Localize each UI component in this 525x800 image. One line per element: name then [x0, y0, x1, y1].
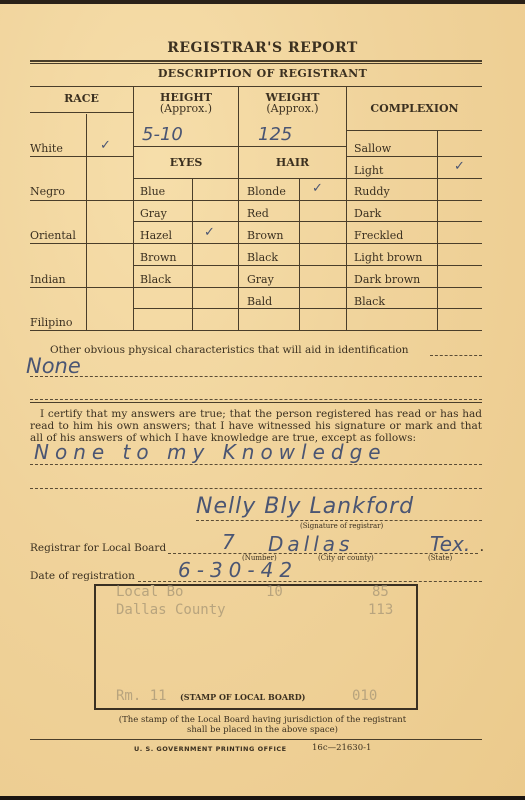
divider	[30, 287, 133, 288]
eyes-checkbox-brown[interactable]	[194, 247, 238, 263]
divider	[346, 87, 347, 330]
section-subtitle: DESCRIPTION OF REGISTRANT	[0, 67, 525, 80]
document-title: REGISTRAR'S REPORT	[0, 40, 525, 56]
complexion-checkbox-freckled[interactable]	[439, 226, 481, 242]
date-value[interactable]: 6-30-42	[178, 558, 298, 582]
stamp-line2-right: 113	[368, 602, 393, 618]
divider	[30, 156, 133, 157]
divider	[134, 146, 346, 147]
complexion-header: COMPLEXION	[347, 103, 482, 115]
divider	[347, 308, 482, 309]
stamp-note: (The stamp of the Local Board having jur…	[0, 715, 525, 735]
race-option-indian: Indian	[30, 273, 66, 286]
complexion-checkbox-ruddy[interactable]	[439, 182, 481, 198]
stamp-note-line1: (The stamp of the Local Board having jur…	[0, 715, 525, 725]
weight-subheader: (Approx.)	[239, 103, 346, 115]
divider	[430, 355, 482, 356]
hair-option-gray: Gray	[247, 273, 274, 286]
weight-value: 125	[258, 124, 292, 145]
divider	[134, 243, 238, 244]
local-board-city[interactable]: Dallas	[268, 532, 353, 556]
hair-checkbox-blonde[interactable]: ✓	[312, 181, 323, 196]
divider	[347, 130, 482, 131]
divider	[239, 265, 346, 266]
complexion-checkbox-dark-brown[interactable]	[439, 269, 481, 285]
divider	[30, 112, 133, 113]
complexion-checkbox-light[interactable]: ✓	[454, 159, 465, 174]
divider	[239, 308, 346, 309]
certification-text: I certify that my answers are true; that…	[30, 408, 482, 444]
divider	[347, 156, 482, 157]
complexion-option-light: Light	[354, 164, 383, 177]
divider	[30, 402, 482, 403]
characteristics-label: Other obvious physical characteristics t…	[50, 344, 409, 356]
race-option-negro: Negro	[30, 185, 65, 198]
hair-option-black: Black	[247, 251, 278, 264]
stamp-line1-mid: 10	[266, 584, 283, 600]
race-option-filipino: Filipino	[30, 316, 72, 329]
form-number: 16c—21630-1	[312, 743, 371, 753]
race-checkbox-filipino[interactable]	[88, 312, 132, 328]
table-bottom-rule	[30, 330, 482, 331]
stamp-line2-left: Dallas County	[116, 602, 226, 618]
local-board-number[interactable]: 7	[222, 530, 235, 554]
divider	[347, 200, 482, 201]
registrar-report-card: REGISTRAR'S REPORT DESCRIPTION OF REGIST…	[0, 0, 525, 796]
race-checkbox-indian[interactable]	[88, 269, 132, 285]
divider	[347, 265, 482, 266]
complexion-option-black: Black	[354, 295, 385, 308]
divider	[30, 200, 133, 201]
divider	[196, 520, 482, 521]
height-value: 5-10	[142, 124, 183, 145]
eyes-option-blue: Blue	[140, 185, 165, 198]
eyes-option-gray: Gray	[140, 207, 167, 220]
stamp-note-line2: shall be placed in the above space)	[0, 725, 525, 735]
divider	[30, 464, 482, 465]
eyes-checkbox-black[interactable]	[194, 269, 238, 285]
complexion-option-ruddy: Ruddy	[354, 185, 390, 198]
local-board-state[interactable]: Tex.	[430, 532, 470, 556]
printer-label: U. S. GOVERNMENT PRINTING OFFICE	[134, 745, 287, 753]
divider	[238, 87, 239, 330]
complexion-option-light-brown: Light brown	[354, 251, 422, 264]
divider	[133, 87, 134, 330]
hair-checkbox-brown[interactable]	[301, 226, 345, 242]
title-rule	[30, 60, 482, 62]
complexion-checkbox-black[interactable]	[439, 291, 481, 307]
date-label: Date of registration	[30, 570, 135, 582]
divider	[437, 131, 438, 330]
eyes-option-black: Black	[140, 273, 171, 286]
height-subheader: (Approx.)	[134, 103, 238, 115]
complexion-option-dark: Dark	[354, 207, 381, 220]
footer-rule	[30, 739, 482, 740]
hair-checkbox-red[interactable]	[301, 204, 345, 220]
certification-value[interactable]: None to my Knowledge	[34, 440, 387, 464]
hair-checkbox-gray[interactable]	[301, 269, 345, 285]
registrar-signature[interactable]: Nelly Bly Lankford	[196, 494, 414, 519]
divider	[239, 243, 346, 244]
hair-option-bald: Bald	[247, 295, 272, 308]
eyes-checkbox-gray[interactable]	[194, 204, 238, 220]
divider	[134, 178, 346, 179]
stamp-line1-right: 85	[372, 584, 389, 600]
divider	[347, 243, 482, 244]
eyes-option-brown: Brown	[140, 251, 176, 264]
complexion-option-freckled: Freckled	[354, 229, 403, 242]
complexion-option-dark-brown: Dark brown	[354, 273, 420, 286]
race-checkbox-negro[interactable]	[88, 182, 132, 198]
divider	[347, 178, 482, 179]
hair-header: HAIR	[239, 157, 346, 169]
divider	[30, 243, 133, 244]
table-top-rule	[30, 86, 482, 87]
divider	[134, 308, 238, 309]
hair-checkbox-black[interactable]	[301, 247, 345, 263]
divider	[30, 376, 482, 377]
hair-option-brown: Brown	[247, 229, 283, 242]
signature-caption: (Signature of registrar)	[300, 522, 383, 530]
complexion-checkbox-light-brown[interactable]	[439, 247, 481, 263]
complexion-checkbox-dark[interactable]	[439, 204, 481, 220]
stamp-box: Local Bo 10 85 Dallas County 113 Rm. 11 …	[94, 584, 418, 710]
local-board-label: Registrar for Local Board	[30, 542, 166, 554]
complexion-checkbox-sallow[interactable]	[439, 138, 481, 154]
race-checkbox-oriental[interactable]	[88, 226, 132, 242]
race-checkbox-white[interactable]: ✓	[100, 138, 111, 153]
divider	[347, 221, 482, 222]
hair-option-red: Red	[247, 207, 269, 220]
eyes-checkbox-hazel[interactable]: ✓	[204, 225, 215, 240]
city-caption: (City or county)	[318, 554, 374, 562]
divider	[134, 200, 238, 201]
race-header: RACE	[30, 93, 133, 105]
hair-checkbox-bald[interactable]	[301, 291, 345, 307]
state-caption: (State)	[428, 554, 452, 562]
divider	[86, 114, 87, 330]
race-option-oriental: Oriental	[30, 229, 76, 242]
divider	[239, 287, 346, 288]
divider	[239, 221, 346, 222]
eyes-checkbox-blue[interactable]	[194, 182, 238, 198]
characteristics-value[interactable]: None	[26, 354, 81, 378]
stamp-line1-left: Local Bo	[116, 584, 183, 600]
divider	[30, 399, 482, 400]
hair-option-blonde: Blonde	[247, 185, 286, 198]
divider	[134, 221, 238, 222]
complexion-option-sallow: Sallow	[354, 142, 391, 155]
eyes-header: EYES	[134, 157, 238, 169]
stamp-caption: (STAMP OF LOCAL BOARD)	[180, 692, 305, 702]
divider	[134, 287, 238, 288]
period: .	[480, 542, 484, 554]
divider	[347, 287, 482, 288]
stamp-line3-right: 010	[352, 688, 377, 704]
eyes-option-hazel: Hazel	[140, 229, 172, 242]
stamp-line3-left: Rm. 11	[116, 688, 167, 704]
race-option-white: White	[30, 142, 63, 155]
title-rule-2	[30, 63, 482, 64]
divider	[30, 488, 482, 489]
divider	[134, 265, 238, 266]
divider	[239, 200, 346, 201]
